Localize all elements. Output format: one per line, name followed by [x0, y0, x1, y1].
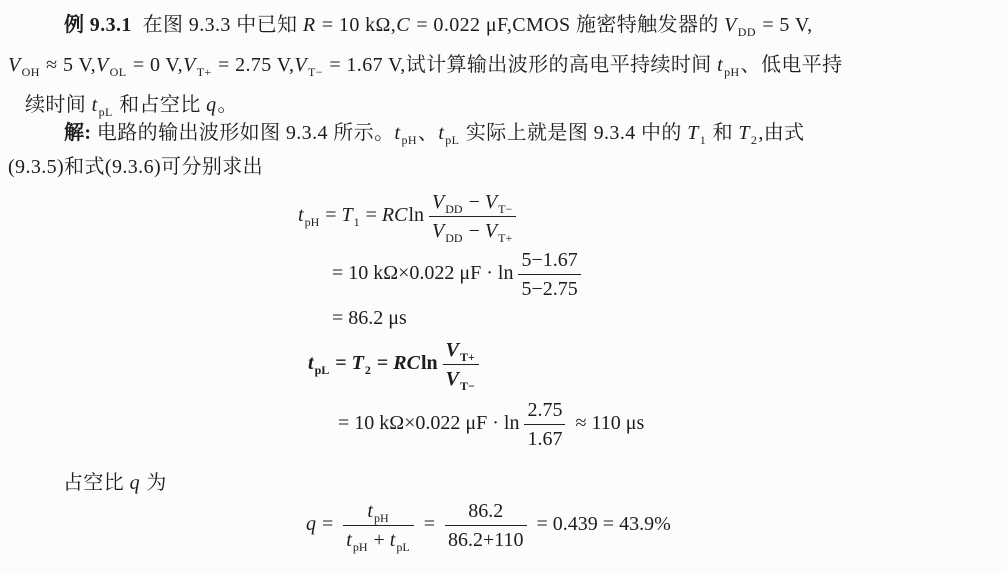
fraction-numerator: 2.75 [524, 398, 565, 422]
example-statement-line2: VOH ≈ 5 V,VOL = 0 V,VT+ = 2.75 V,VT− = 1… [8, 48, 843, 77]
math-token: q [130, 472, 141, 494]
subscript: OH [22, 65, 40, 79]
fraction-denominator: 5−2.75 [518, 277, 580, 301]
math-token: 和占空比 [114, 94, 206, 116]
subscript: pL [315, 363, 330, 377]
math-token: 86.2 [468, 500, 503, 522]
math-token: = 0 V, [127, 54, 183, 76]
math-token: = [361, 204, 382, 226]
subscript: pL [445, 133, 459, 147]
math-token: tpL [308, 352, 330, 374]
fraction-bar [518, 274, 580, 275]
example-statement-line1: 例 9.3.1 在图 9.3.3 中已知 R = 10 kΩ,C = 0.022… [64, 8, 813, 37]
math-token: C [396, 14, 411, 36]
math-token: = [317, 513, 338, 535]
math-token: T2 [352, 352, 372, 374]
subscript: pL [396, 540, 409, 554]
math-token: + [369, 529, 390, 551]
subscript: T+ [197, 65, 212, 79]
math-token: VDD [432, 220, 464, 242]
math-token: − [464, 191, 485, 213]
fraction-bar [343, 525, 413, 526]
formula-tpH-result: = 86.2 μs [332, 307, 407, 330]
formula-duty-cycle: q = tpHtpH + tpL = 86.286.2+110 = 0.439 … [306, 499, 671, 552]
formula-tpH-definition: tpH = T1 = RClnVDD − VT−VDD − VT+ [298, 190, 521, 243]
fraction-bar [445, 525, 527, 526]
subscript: pH [401, 133, 416, 147]
math-token: 电路的输出波形如图 9.3.4 所示。 [91, 122, 394, 144]
solution-intro-line1: 解: 电路的输出波形如图 9.3.4 所示。tpH、tpL 实际上就是图 9.3… [64, 116, 805, 145]
subscript: 2 [365, 363, 371, 377]
math-token: ,由式 [758, 122, 804, 144]
fraction-bar [443, 364, 479, 365]
math-token: T1 [342, 204, 361, 226]
math-token: VOH [8, 54, 41, 76]
math-token: 1.67 [527, 428, 562, 450]
math-token: 例 9.3.1 [64, 14, 132, 36]
math-token: ln [408, 204, 424, 226]
fraction-denominator: tpH + tpL [343, 528, 413, 552]
math-token: = 10 kΩ, [316, 14, 396, 36]
math-token: 86.2+110 [448, 529, 524, 551]
math-token: = 0.439 = 43.9% [532, 513, 671, 535]
math-token: tpH [346, 529, 368, 551]
solution-intro-line2: (9.3.5)和式(9.3.6)可分别求出 [8, 150, 263, 179]
math-token: = [372, 352, 393, 374]
math-token: tpL [438, 122, 460, 144]
math-token: VDD [432, 191, 464, 213]
subscript: DD [445, 202, 462, 216]
math-token: q [206, 94, 217, 116]
fraction: tpHtpH + tpL [343, 499, 413, 552]
math-token: T1 [687, 122, 707, 144]
fraction-numerator: tpH [364, 499, 392, 523]
math-token: = 0.022 μF,CMOS 施密特触发器的 [411, 14, 724, 36]
subscript: pH [305, 215, 320, 229]
subscript: 2 [751, 133, 757, 147]
math-token: VT+ [485, 220, 513, 242]
fraction-numerator: 5−1.67 [518, 248, 580, 272]
subscript: pH [724, 65, 739, 79]
formula-tpL-substitution: = 10 kΩ×0.022 μF · ln2.751.67 ≈ 110 μs [338, 398, 644, 451]
formula-tpL-definition: tpL = T2 = RClnVT+VT− [308, 338, 484, 391]
math-token: = [330, 352, 351, 374]
math-token: ≈ 5 V, [41, 54, 96, 76]
fraction-bar [429, 216, 516, 217]
math-token: 解: [64, 122, 91, 144]
fraction: 2.751.67 [524, 398, 565, 451]
math-token: − [464, 220, 485, 242]
fraction-denominator: 86.2+110 [445, 528, 527, 552]
math-token: tpH [717, 54, 740, 76]
math-token: ≈ 110 μs [570, 412, 644, 434]
math-token: 为 [141, 472, 167, 494]
math-token: VOL [96, 54, 127, 76]
math-token: VT− [446, 368, 476, 390]
math-token: (9.3.5)和式(9.3.6)可分别求出 [8, 156, 263, 178]
math-token: VT− [294, 54, 324, 76]
math-token: 、低电平持 [741, 54, 843, 76]
math-token: tpH [367, 500, 389, 522]
subscript: pH [353, 540, 368, 554]
math-token: 5−2.75 [521, 278, 577, 300]
math-token: 和 [707, 122, 738, 144]
math-token: VDD [724, 14, 757, 36]
math-token: R [303, 14, 317, 36]
subscript: 1 [354, 215, 360, 229]
math-token: = 2.75 V, [213, 54, 295, 76]
math-token: RC [393, 352, 421, 374]
subscript: T− [460, 379, 475, 393]
math-token: tpH [394, 122, 417, 144]
fraction: VDD − VT−VDD − VT+ [429, 190, 516, 243]
math-token: 2.75 [527, 399, 562, 421]
fraction-denominator: 1.67 [524, 427, 565, 451]
subscript: 1 [700, 133, 706, 147]
math-token: VT+ [446, 339, 476, 361]
subscript: T+ [498, 231, 512, 245]
math-token: = 10 kΩ×0.022 μF · ln [332, 262, 513, 284]
math-token: 实际上就是图 9.3.4 中的 [460, 122, 687, 144]
fraction-bar [524, 424, 565, 425]
fraction-numerator: VDD − VT− [429, 190, 516, 214]
example-statement-line3: 续时间 tpL 和占空比 q。 [25, 88, 238, 117]
subscript: T− [308, 65, 323, 79]
subscript: pH [374, 511, 389, 525]
math-token: ln [421, 352, 438, 374]
math-token: VT− [485, 191, 513, 213]
math-token: q [306, 513, 317, 535]
math-token: = 5 V, [757, 14, 813, 36]
math-token: tpH [298, 204, 320, 226]
math-token: tpL [390, 529, 411, 551]
fraction-denominator: VDD − VT+ [429, 219, 516, 243]
math-token: 、 [418, 122, 438, 144]
textbook-page: 例 9.3.1 在图 9.3.3 中已知 R = 10 kΩ,C = 0.022… [0, 0, 1007, 574]
math-token: RC [382, 204, 409, 226]
math-token: 续时间 [25, 94, 92, 116]
math-token: 在图 9.3.3 中已知 [132, 14, 303, 36]
fraction: VT+VT− [443, 338, 479, 391]
math-token: tpL [92, 94, 114, 116]
fraction-numerator: 86.2 [465, 499, 506, 523]
formula-tpH-substitution: = 10 kΩ×0.022 μF · ln5−1.675−2.75 [332, 248, 586, 301]
subscript: T− [498, 202, 512, 216]
math-token: 5−1.67 [521, 249, 577, 271]
subscript: DD [738, 25, 756, 39]
subscript: DD [445, 231, 462, 245]
subscript: T+ [460, 350, 475, 364]
duty-cycle-label: 占空比 q 为 [63, 466, 167, 495]
fraction: 86.286.2+110 [445, 499, 527, 552]
math-token: = 86.2 μs [332, 307, 407, 329]
math-token: 。 [218, 94, 238, 116]
fraction-denominator: VT− [443, 367, 479, 391]
math-token: VT+ [183, 54, 213, 76]
math-token: T2 [738, 122, 758, 144]
fraction: 5−1.675−2.75 [518, 248, 580, 301]
math-token: = 1.67 V,试计算输出波形的高电平持续时间 [324, 54, 717, 76]
math-token: = 10 kΩ×0.022 μF · ln [338, 412, 519, 434]
subscript: OL [110, 65, 127, 79]
math-token: 占空比 [63, 472, 130, 494]
fraction-numerator: VT+ [443, 338, 479, 362]
math-token: = [320, 204, 341, 226]
math-token: = [419, 513, 440, 535]
